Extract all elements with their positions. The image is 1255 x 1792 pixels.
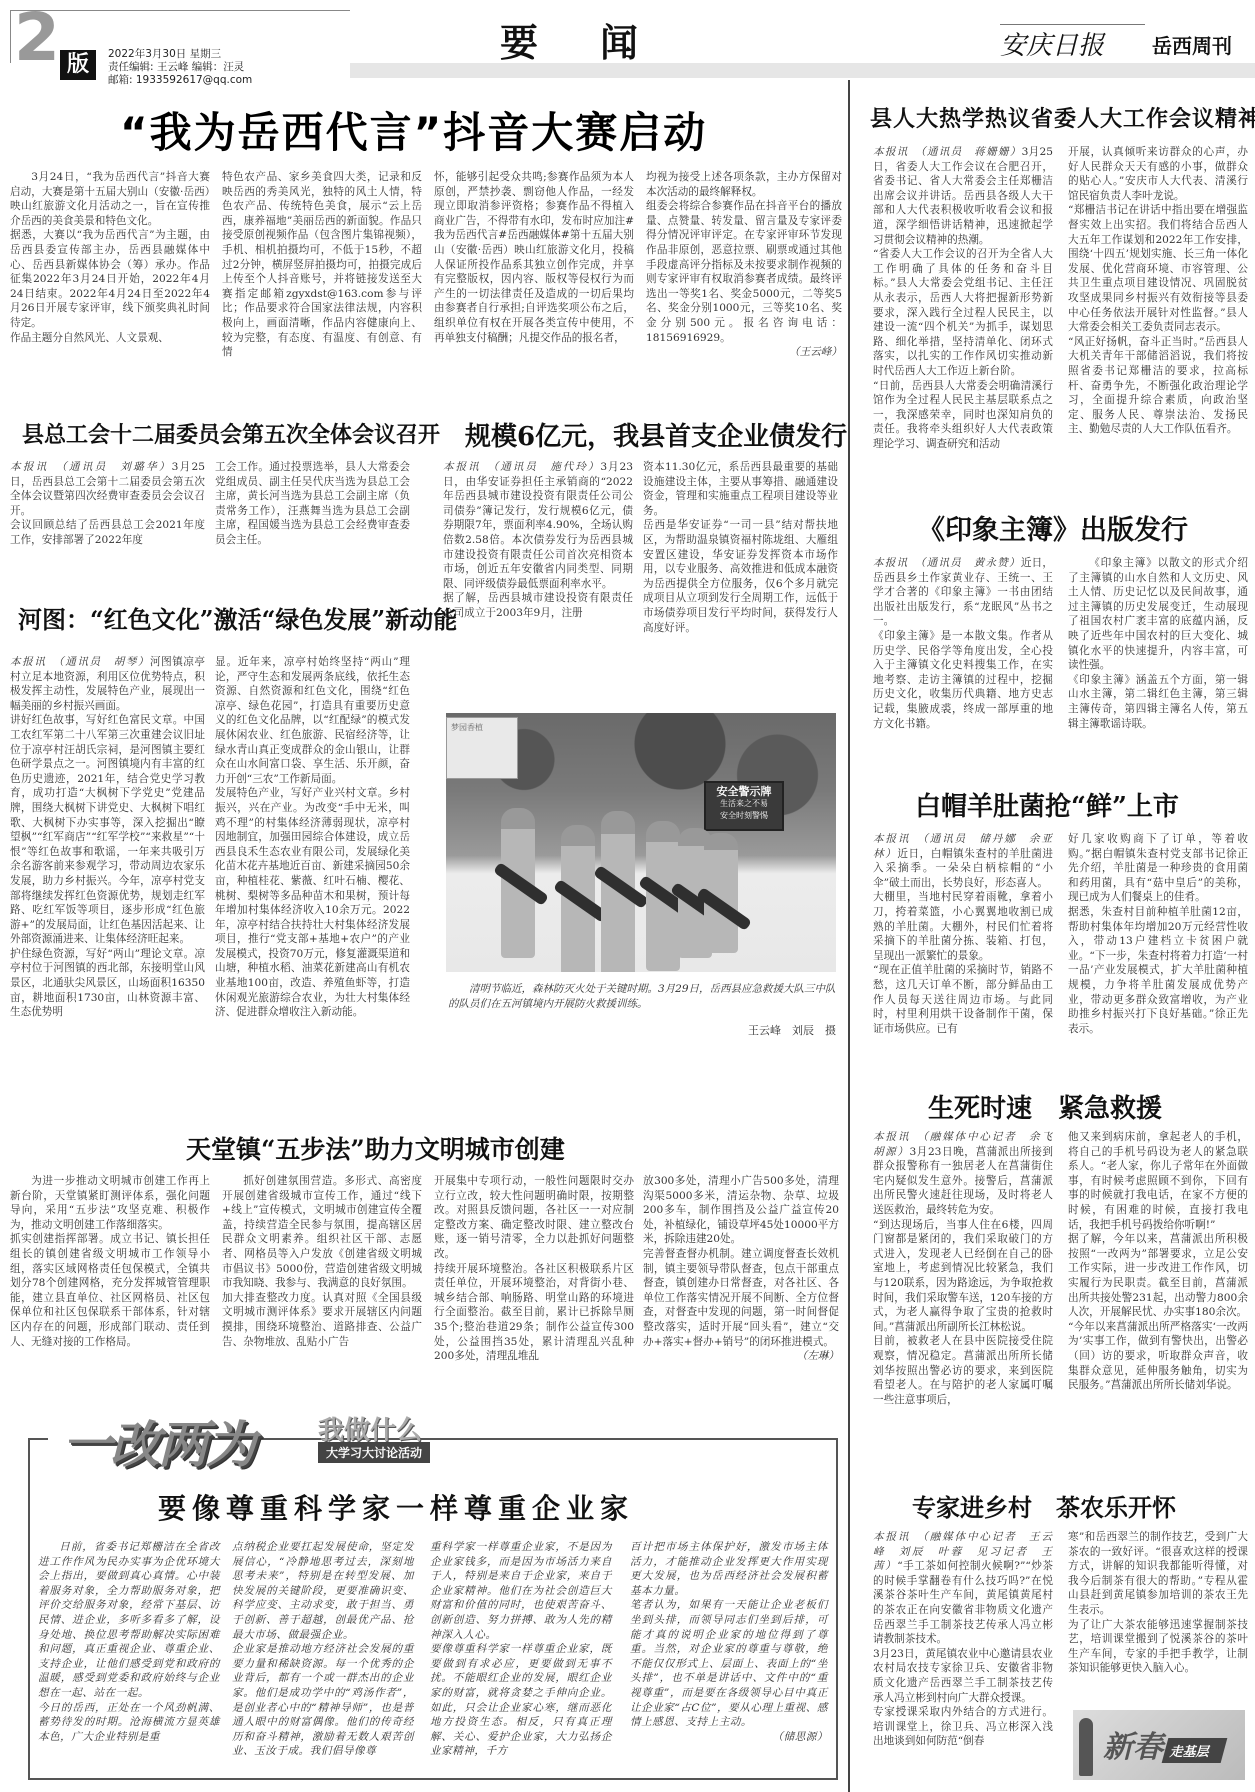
tiantang-col-4: 放300多处，清理小广告500多处，清理沟渠5000多米，清运杂物、杂草、垃圾2… xyxy=(643,1174,839,1364)
yangdujun-col-2: 好几家收购商下了订单，等着收购。”据白帽镇朱查村党支部书记徐正先介绍，羊肚菌是一… xyxy=(1068,832,1248,1036)
masthead-gray-bar xyxy=(350,63,1255,78)
yangdujun-col-1: 本报讯 （通讯员 储丹娜 余亚林）近日，白帽镇朱查村的羊肚菌进入采摘季。一朵朵白… xyxy=(873,832,1053,1036)
article-title-douyin: “我为岳西代言”抖音大赛启动 xyxy=(120,100,707,160)
article-title-zhaiquan: 规模6亿元，我县首支企业债发行 xyxy=(465,416,847,453)
campaign-logo-tag: 大学习大讨论活动 xyxy=(318,1442,430,1463)
issue-date: 2022年3月30日 星期三 xyxy=(108,48,252,61)
article-title-tiantang: 天堂镇“五步法”助力文明城市创建 xyxy=(186,1130,565,1166)
zhaiquan-col-2: 资本11.30亿元，系岳西县最重要的基础设施建设主体，主要从事筹措、融通建设资金… xyxy=(643,460,838,635)
photo-figure xyxy=(561,825,595,972)
xinchun-banner-tag: 走基层 xyxy=(1162,1738,1228,1763)
tiantang-col-2: 抓好创建氛围营造。多形式、高密度开展创建省级城市宣传工作，通过“线下+线上”宣传… xyxy=(222,1174,422,1349)
photo-figure xyxy=(601,811,635,972)
xinchun-banner: 新春 走基层 xyxy=(1073,1710,1245,1780)
email: 邮箱: 1933592617@qq.com xyxy=(108,74,252,87)
douyin-col-3: 怀，能够引起受众共鸣;参赛作品须为本人原创，严禁抄袭、剽窃他人作品，一经发现立即… xyxy=(434,170,634,345)
article-title-renda: 县人大热学热议省委人大工作会议精神 xyxy=(870,102,1255,133)
news-photo-firefighters: 梦园香植 安全警示牌 生活来之不易 安全时刻警惕 xyxy=(446,713,836,972)
zonggonghui-col-1: 本报讯 （通讯员 刘璐华）3月25日，岳西县总工会第十二届委员会第五次全体会议暨… xyxy=(10,460,205,548)
masthead-meta: 2022年3月30日 星期三 责任编辑: 王云峰 编辑：汪灵 邮箱: 19335… xyxy=(108,48,252,87)
tiantang-col-1: 为进一步推动文明城市创建工作再上新台阶，天堂镇紧盯测评体系，强化问题导向，采用“… xyxy=(10,1174,210,1349)
tiantang-signature: （左琳） xyxy=(643,1349,839,1364)
shengsi-col-1: 本报讯 （融媒体中心记者 余飞 胡源）3月23日晚，菖蒲派出所接到群众报警称有一… xyxy=(873,1130,1053,1407)
douyin-signature: （王云峰） xyxy=(646,345,842,360)
photo-caption: 清明节临近，森林防灭火处于关键时期。3月29日，岳西县应急救援大队三中队的队员们… xyxy=(448,982,836,1012)
page-label: 版 xyxy=(60,50,96,80)
douyin-col-2: 特色农产品、家乡美食四大类，记录和反映岳西的秀美风光，独特的风土人情，特色农产品… xyxy=(222,170,422,360)
column-divider xyxy=(848,80,850,1792)
yigai-col-4: 百计把市场主体保护好，激发市场主体活力，才能推动企业发挥更大作用实现更大发展，也… xyxy=(630,1540,828,1744)
article-title-zonggonghui: 县总工会十二届委员会第五次全体会议召开 xyxy=(22,418,440,449)
campaign-logo-main: 一改两为 xyxy=(62,1405,254,1477)
shengsi-col-2: 他又来到病床前，拿起老人的手机，将自己的手机号码设为老人的紧急联系人。“老人家，… xyxy=(1068,1130,1248,1393)
masthead-rule xyxy=(10,10,350,11)
zhuanjia-col-1: 本报讯 （融媒体中心记者 王云峰 刘辰 叶蓉 见习记者 王茜）“手工茶如何控制火… xyxy=(873,1530,1053,1749)
page-number: 2 xyxy=(14,8,60,68)
hetu-col-1: 本报讯 （通讯员 胡琴）河图镇凉亭村立足本地资源，利用区位优势特点，积极发挥主动… xyxy=(10,655,205,1020)
yinxiang-col-1: 本报讯 （通讯员 黄永赞）近日，岳西县乡土作家黄业存、王统一、王学才合著的《印象… xyxy=(873,556,1053,731)
article-title-yigai: 要像尊重科学家一样尊重企业家 xyxy=(158,1487,634,1527)
hetu-byline: 本报讯 （通讯员 胡琴） xyxy=(10,656,150,668)
commentary-box-corner xyxy=(28,1438,48,1440)
commentary-box-top xyxy=(210,1438,838,1440)
photo-billboard: 梦园香植 xyxy=(446,717,518,779)
editors: 责任编辑: 王云峰 编辑：汪灵 xyxy=(108,61,252,74)
yigai-col-1: 日前，省委书记郑栅洁在全省改进工作作风为民办实事为企优环境大会上指出，要做到真心… xyxy=(38,1540,220,1744)
zhuanjia-col-2: 寒”和岳西翠兰的制作技艺，受到广大茶农的一致好评。“很喜欢这样的授课方式，讲解的… xyxy=(1068,1530,1248,1676)
photographer-silhouette-icon xyxy=(1079,1718,1093,1776)
article-title-hetu: 河图：“红色文化”激活“绿色发展”新动能 xyxy=(18,600,457,635)
masthead-rule-vertical xyxy=(10,10,11,63)
zonggonghui-byline: 本报讯 （通讯员 刘璐华） xyxy=(10,461,172,473)
renda-col-1: 本报讯 （通讯员 蒋姗姗）3月25日，省委人大工作会议在合肥召开，省委书记、省人… xyxy=(873,145,1053,451)
xinchun-banner-title: 新春 xyxy=(1103,1722,1163,1766)
douyin-col-4: 均视为接受上述各项条款，主办方保留对本次活动的最终解释权。 组委会将综合参赛作品… xyxy=(646,170,842,360)
yinxiang-byline: 本报讯 （通讯员 黄永赞） xyxy=(873,557,1021,569)
zonggonghui-col-2: 工会工作。通过投票选举，县人大常委会党组成员、副主任吴代庆当选为县总工会主席，黄… xyxy=(215,460,410,548)
douyin-col-1: 3月24日，“我为岳西代言”抖音大赛启动，大赛是第十五届大别山（安徽·岳西）映山… xyxy=(10,170,210,345)
article-title-zhuanjia: 专家进乡村 茶农乐开怀 xyxy=(912,1488,1176,1523)
hetu-col-2: 显。近年来，凉亭村始终坚持“两山”理论，严守生态和发展两条底线，依托生态资源、自… xyxy=(215,655,410,1020)
newspaper-brand: 安庆日报 xyxy=(1000,25,1104,62)
zhaiquan-byline: 本报讯 （通讯员 施代玲） xyxy=(443,461,600,473)
article-title-shengsi: 生死时速 紧急救援 xyxy=(928,1088,1162,1125)
zhaiquan-col-1: 本报讯 （通讯员 施代玲）3月23日，由华安证券担任主承销商的“2022年岳西县… xyxy=(443,460,633,621)
article-title-yinxiang: 《印象主簿》出版发行 xyxy=(918,508,1188,547)
photo-figure xyxy=(646,821,680,971)
yinxiang-col-2: 《印象主簿》以散文的形式介绍了主簿镇的山水自然和人文历史、风土人情、历史记忆以及… xyxy=(1068,556,1248,731)
newspaper-sub-brand: 岳西周刊 xyxy=(1152,30,1232,59)
yigai-col-3: 重科学家一样尊重企业家，不是因为企业家钱多，而是因为市场活力来自于人，特别是来自… xyxy=(430,1540,612,1759)
photo-figure xyxy=(501,808,535,958)
photo-figure xyxy=(704,833,738,953)
renda-col-2: 开展，认真倾听来访群众的心声，办好人民群众天天有感的小事，做群众的贴心人。”安庆… xyxy=(1068,145,1248,437)
photo-safety-sign: 安全警示牌 生活来之不易 安全时刻警惕 xyxy=(704,781,784,831)
yigai-col-2: 点纳税企业要扛起发展使命，坚定发展信心，“冷静地思考过去，深刻地思考未来”，特别… xyxy=(232,1540,414,1759)
photo-credit: 王云峰 刘辰 摄 xyxy=(700,1022,836,1038)
yigai-signature: （储思源） xyxy=(630,1730,828,1745)
article-title-yangdujun: 白帽羊肚菌抢“鲜”上市 xyxy=(915,786,1179,823)
tiantang-col-3: 开展集中专项行动，一般性问题限时交办立行立改，较大性问题明确时限，按期整改。对照… xyxy=(434,1174,634,1364)
section-title: 要闻 xyxy=(500,12,700,67)
renda-byline: 本报讯 （通讯员 蒋姗姗） xyxy=(873,146,1022,158)
